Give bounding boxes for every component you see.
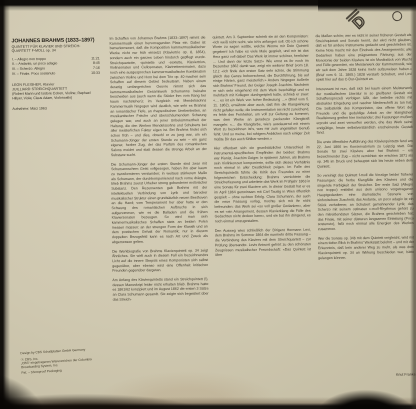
paragraph: Die Werkbiografie von Brahms Klavierquin…: [112, 248, 208, 273]
work-title: QUINTETT FÜR KLAVIER UND STREICH- QUARTE…: [12, 44, 100, 53]
paragraph: Die Schumann-Jünger der ersten Stunde si…: [111, 161, 208, 245]
track-time: 10:33: [91, 71, 100, 76]
liner-notes-column-1-text: Im Schaffen von Johannes Brahms (1833–18…: [109, 36, 208, 303]
work-title-line2: QUARTETT F-MOLL op. 34: [12, 49, 100, 54]
stamp-letter-d: D: [351, 14, 368, 32]
paragraph: Interessant ist nun, daß sich bei kaum e…: [316, 86, 413, 136]
recording-date-note: Aufnahme: März 1963: [12, 106, 100, 111]
performer-credits: LEON FLEISHER, Klavier JUILLIARD STREICH…: [12, 82, 100, 101]
paragraph: Wer die Sonate op. 34b mit dem Quintett …: [318, 235, 414, 260]
author-name: Knut Franke: [320, 372, 416, 378]
library-stamp: D: [345, 8, 370, 33]
album-header: JOHANNES BRAHMS (1833–1897) QUINTETT FÜR…: [11, 37, 100, 111]
liner-notes-column-3: die Maßen schön; wer es nicht in seiner …: [315, 33, 415, 398]
paragraph: Die erste öffentliche Aufführung des Kla…: [317, 139, 413, 169]
sleeve-content: JOHANNES BRAHMS (1833–1897) QUINTETT FÜR…: [0, 0, 416, 409]
paragraph: Den Ausweg wies schließlich der Dirigent…: [215, 228, 311, 258]
composer-title: JOHANNES BRAHMS (1833–1897): [11, 37, 99, 44]
paragraph: Am Anfang des Klavierquintetts stand ein…: [112, 277, 208, 302]
paragraph: Hier offenbart sich ein grundsätzlicher …: [214, 145, 311, 224]
liner-notes-column-3-text: die Maßen schön; wer es nicht in seiner …: [315, 33, 414, 261]
punch-hole-ring-mark: [392, 11, 402, 21]
paragraph: So vereinigt das Quintett f-moll die Vor…: [317, 173, 414, 232]
paragraph: Im Schaffen von Johannes Brahms (1833–18…: [109, 36, 206, 158]
liner-notes-column-2: quintett. Am 3. September schrieb sie an…: [212, 34, 312, 399]
liner-notes-column-2-text: quintett. Am 3. September schrieb sie an…: [212, 34, 311, 258]
paragraph: quintett. Am 3. September schrieb sie an…: [212, 34, 309, 142]
track-row: IV. – Finale. Poco sostenuto 10:33: [12, 71, 100, 77]
track-list: I. – Allegro non troppo 11:21 II. – Anda…: [12, 56, 100, 76]
paragraph: die Maßen schön; wer es nicht in seiner …: [315, 33, 412, 83]
track-label: IV. – Finale. Poco sostenuto: [12, 71, 56, 76]
liner-notes-author: Knut Franke: [320, 372, 416, 382]
performer-members-line2: Hillyer, Viola; Claus Adam, Violoncello): [12, 96, 100, 101]
album-back-cover-paper: JOHANNES BRAHMS (1833–1897) QUINTETT FÜR…: [0, 0, 416, 409]
